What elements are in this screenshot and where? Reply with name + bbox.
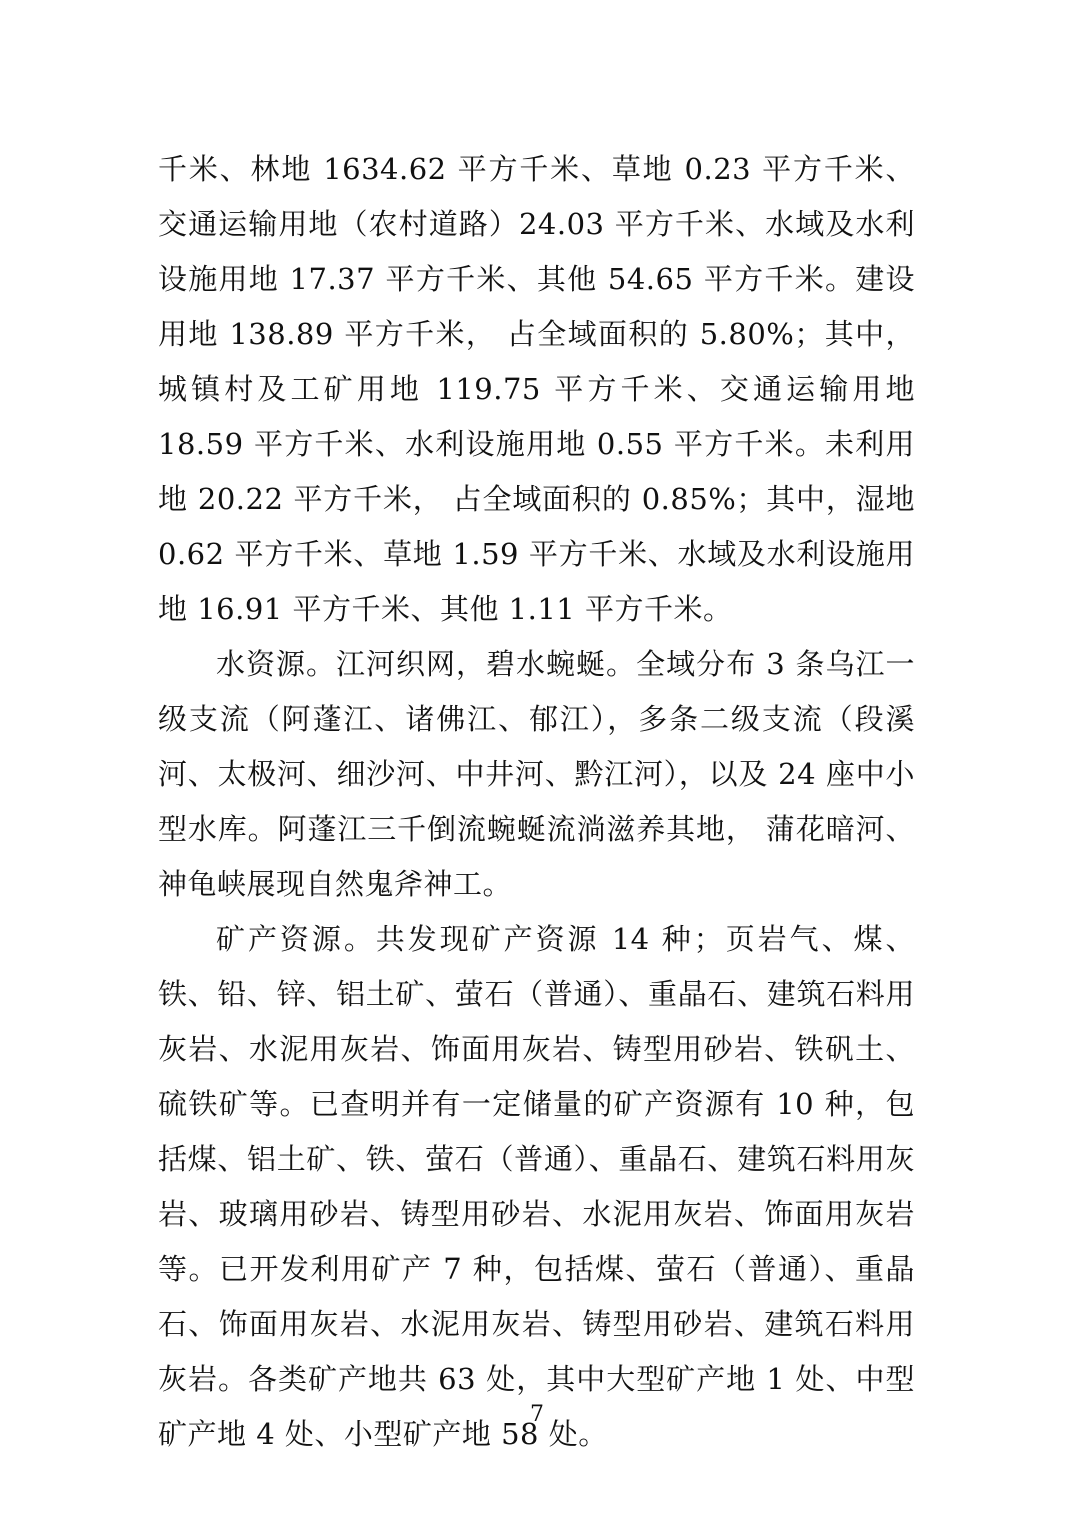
page-footer: 7 — [0, 1402, 1074, 1427]
document-body: 千米、林地 1634.62 平方千米、草地 0.23 平方千米、交通运输用地（农… — [158, 142, 915, 1462]
document-page: 千米、林地 1634.62 平方千米、草地 0.23 平方千米、交通运输用地（农… — [0, 0, 1074, 1520]
paragraph: 千米、林地 1634.62 平方千米、草地 0.23 平方千米、交通运输用地（农… — [158, 142, 915, 637]
page-number: 7 — [530, 1402, 544, 1427]
paragraph: 水资源。江河织网，碧水蜿蜒。全域分布 3 条乌江一级支流（阿蓬江、诸佛江、郁江）… — [158, 637, 915, 912]
paragraph: 矿产资源。共发现矿产资源 14 种；页岩气、煤、铁、铅、锌、铝土矿、萤石（普通）… — [158, 912, 915, 1462]
